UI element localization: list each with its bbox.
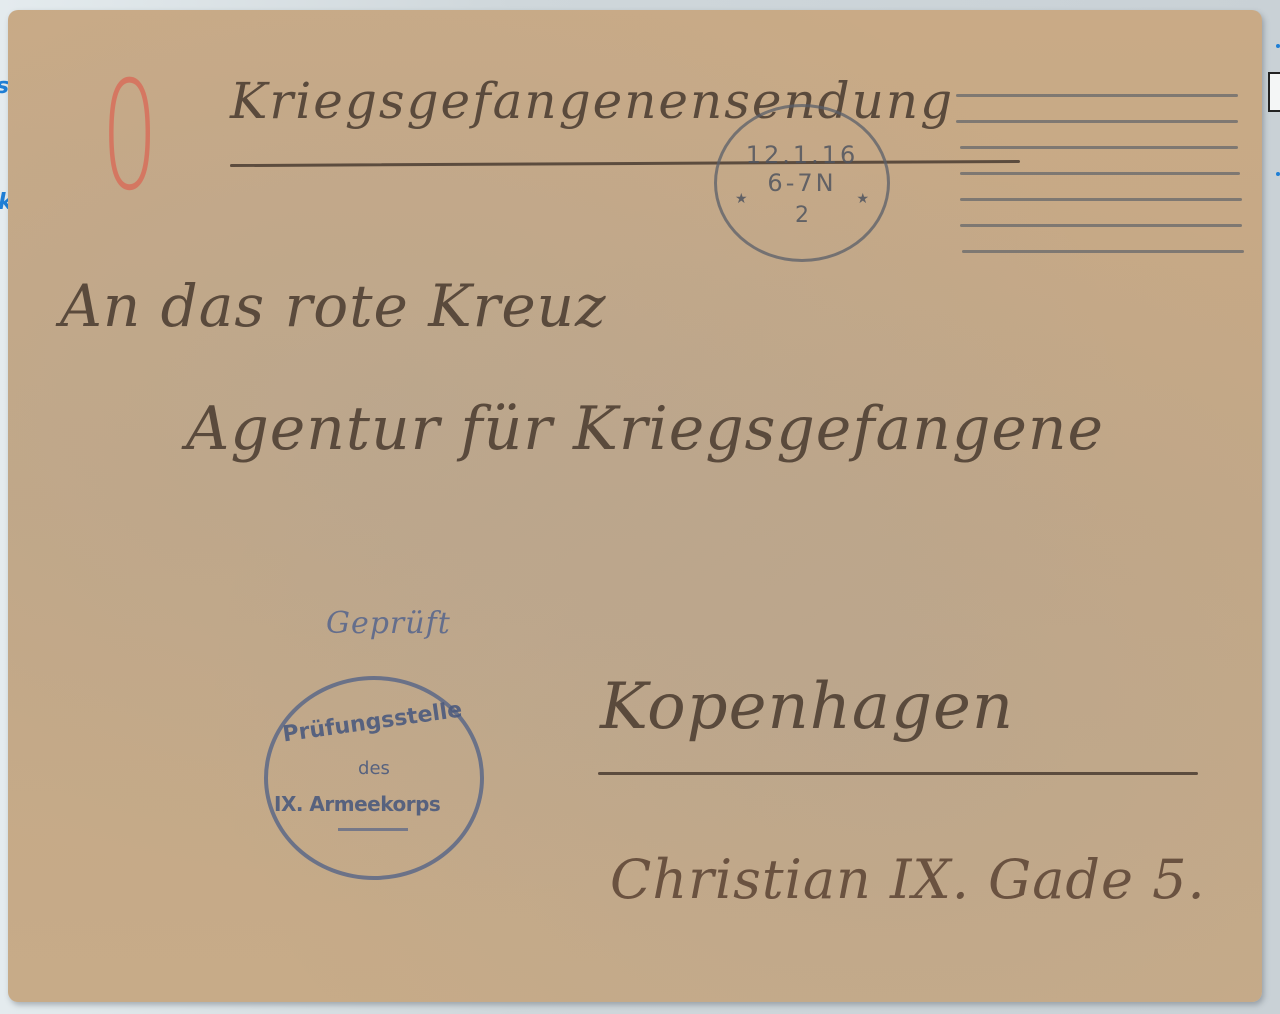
header-underline — [230, 160, 1020, 167]
censor-stamp-rule — [338, 828, 408, 831]
censor-handwritten-gepruft: Geprüft — [326, 606, 451, 641]
cancel-line — [960, 146, 1238, 149]
censor-stamp: Prüfungsstelle des IX. Armeekorps — [264, 676, 484, 880]
city-underline — [598, 772, 1198, 775]
cancel-line — [956, 120, 1238, 123]
address-street: Christian IX. Gade 5. — [610, 848, 1206, 911]
cancel-line — [962, 250, 1244, 253]
scanner-frame-box — [1268, 72, 1280, 112]
address-line-2: Agentur für Kriegsgefangene — [186, 394, 1104, 464]
cancel-line — [960, 224, 1242, 227]
envelope: 0 Kriegsgefangenensendung 12.1.16 6-7N ★… — [8, 10, 1262, 1002]
postmark: 12.1.16 6-7N ★ ★ 2 — [714, 104, 890, 262]
censor-stamp-corps: IX. Armeekorps — [274, 792, 440, 816]
postmark-star-right: ★ — [856, 191, 869, 207]
address-line-1: An das rote Kreuz — [60, 272, 607, 340]
censor-stamp-des: des — [268, 758, 480, 779]
cancel-line — [956, 94, 1238, 97]
censor-stamp-arc-text: Prüfungsstelle — [281, 698, 464, 748]
postmark-date: 12.1.16 — [717, 141, 887, 169]
cancel-line — [960, 172, 1240, 175]
red-crayon-mark: 0 — [101, 62, 158, 212]
marker-dot — [1276, 44, 1280, 48]
postmark-star-left: ★ — [735, 191, 748, 207]
marker-dot — [1276, 172, 1280, 176]
cancel-line — [960, 198, 1242, 201]
address-city: Kopenhagen — [600, 670, 1014, 744]
